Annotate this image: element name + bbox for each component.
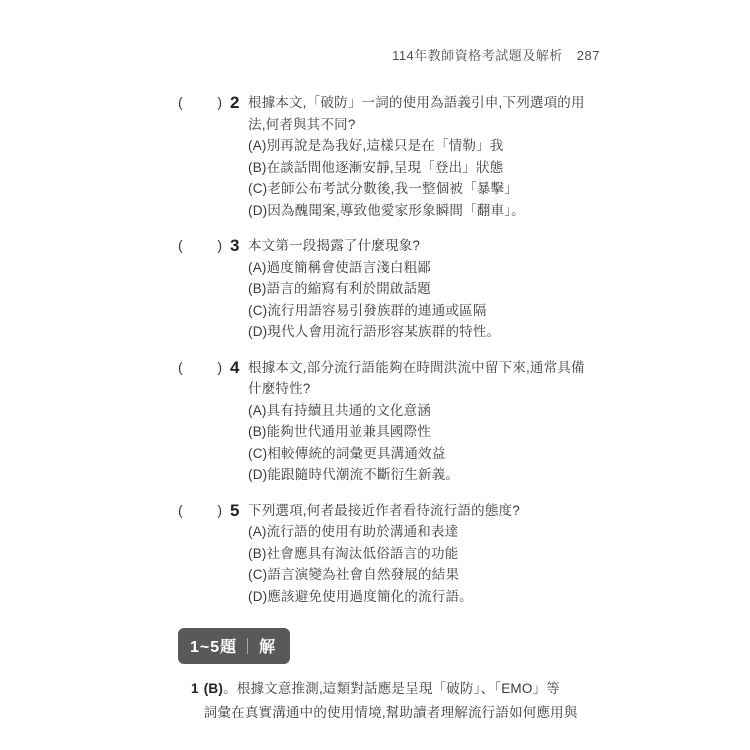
option-a: (A)別再說是為我好,這樣只是在「情勒」我	[248, 135, 585, 157]
section-divider	[247, 638, 248, 654]
question-3: ( ) 3 本文第一段揭露了什麼現象? (A)過度簡稱會使語言淺白粗鄙 (B)語…	[178, 235, 638, 343]
option-d: (D)能跟隨時代潮流不斷衍生新義。	[248, 464, 585, 486]
question-body: 根據本文,部分流行語能夠在時間洪流中留下來,通常具備 什麼特性? (A)具有持續…	[248, 357, 585, 486]
option-d: (D)因為醜聞案,導致他愛家形象瞬間「翻車」。	[248, 200, 585, 222]
stem-line-2: 什麼特性?	[248, 378, 585, 400]
paren-close: )	[217, 500, 222, 522]
page-header: 114年教師資格考試題及解析287	[0, 45, 600, 64]
explanation-text: 。根據文意推測,這類對話應是呈現「破防」、「EMO」等	[223, 681, 560, 696]
option-c: (C)老師公布考試分數後,我一整個被「暴擊」	[248, 178, 585, 200]
option-b: (B)能夠世代通用並兼具國際性	[248, 421, 585, 443]
question-5: ( ) 5 下列選項,何者最接近作者看待流行語的態度? (A)流行語的使用有助於…	[178, 500, 638, 608]
explanation-item-1: 1 (B)。根據文意推測,這類對話應是呈現「破防」、「EMO」等 詞彙在真實溝通…	[191, 677, 638, 724]
stem-line-1: 根據本文,部分流行語能夠在時間洪流中留下來,通常具備	[248, 357, 585, 379]
exam-page: { "page": { "header": { "title": "114年教師…	[0, 0, 750, 750]
answer-blank: ( )	[178, 500, 222, 522]
question-4: ( ) 4 根據本文,部分流行語能夠在時間洪流中留下來,通常具備 什麼特性? (…	[178, 357, 638, 486]
question-number: 3	[230, 235, 244, 257]
content-area: ( ) 2 根據本文,「破防」一詞的使用為語義引申,下列選項的用 法,何者與其不…	[178, 92, 638, 724]
answer-blank: ( )	[178, 92, 222, 114]
answer-blank: ( )	[178, 357, 222, 379]
question-number: 4	[230, 357, 244, 379]
option-d: (D)現代人會用流行語形容某族群的特性。	[248, 321, 500, 343]
paren-open: (	[178, 235, 183, 257]
question-range-label: 1~5題	[190, 634, 237, 657]
paren-close: )	[217, 357, 222, 379]
question-body: 本文第一段揭露了什麼現象? (A)過度簡稱會使語言淺白粗鄙 (B)語言的縮寫有利…	[248, 235, 500, 343]
option-c: (C)相較傳統的詞彙更具溝通效益	[248, 443, 585, 465]
explanation-line-1: (B)。根據文意推測,這類對話應是呈現「破防」、「EMO」等	[204, 677, 578, 701]
question-number: 5	[230, 500, 244, 522]
option-c: (C)流行用語容易引發族群的連通或區隔	[248, 300, 500, 322]
correct-answer: (B)	[204, 681, 223, 696]
question-2: ( ) 2 根據本文,「破防」一詞的使用為語義引申,下列選項的用 法,何者與其不…	[178, 92, 638, 221]
question-body: 根據本文,「破防」一詞的使用為語義引申,下列選項的用 法,何者與其不同? (A)…	[248, 92, 585, 221]
page-number: 287	[577, 48, 600, 63]
stem-line-1: 下列選項,何者最接近作者看待流行語的態度?	[248, 500, 520, 522]
stem-line-1: 本文第一段揭露了什麼現象?	[248, 235, 500, 257]
option-b: (B)語言的縮寫有利於開啟話題	[248, 278, 500, 300]
explanation-body: (B)。根據文意推測,這類對話應是呈現「破防」、「EMO」等 詞彙在真實溝通中的…	[204, 677, 578, 724]
answer-key-label: 解	[259, 634, 276, 657]
stem-line-2: 法,何者與其不同?	[248, 114, 585, 136]
option-a: (A)具有持續且共通的文化意涵	[248, 400, 585, 422]
option-d: (D)應該避免使用過度簡化的流行語。	[248, 586, 520, 608]
answer-blank: ( )	[178, 235, 222, 257]
paren-open: (	[178, 357, 183, 379]
option-b: (B)在談話間他逐漸安靜,呈現「登出」狀態	[248, 157, 585, 179]
explanation-number: 1	[191, 677, 199, 724]
answers-section-header: 1~5題 解	[178, 628, 290, 664]
question-number: 2	[230, 92, 244, 114]
option-c: (C)語言演變為社會自然發展的結果	[248, 564, 520, 586]
paren-close: )	[217, 235, 222, 257]
option-a: (A)流行語的使用有助於溝通和表達	[248, 521, 520, 543]
question-body: 下列選項,何者最接近作者看待流行語的態度? (A)流行語的使用有助於溝通和表達 …	[248, 500, 520, 608]
paren-close: )	[217, 92, 222, 114]
paren-open: (	[178, 92, 183, 114]
explanation-line-2: 詞彙在真實溝通中的使用情境,幫助讀者理解流行語如何應用與	[204, 701, 578, 725]
option-a: (A)過度簡稱會使語言淺白粗鄙	[248, 257, 500, 279]
stem-line-1: 根據本文,「破防」一詞的使用為語義引申,下列選項的用	[248, 92, 585, 114]
paren-open: (	[178, 500, 183, 522]
header-title: 114年教師資格考試題及解析	[392, 48, 563, 63]
option-b: (B)社會應具有淘汰低俗語言的功能	[248, 543, 520, 565]
